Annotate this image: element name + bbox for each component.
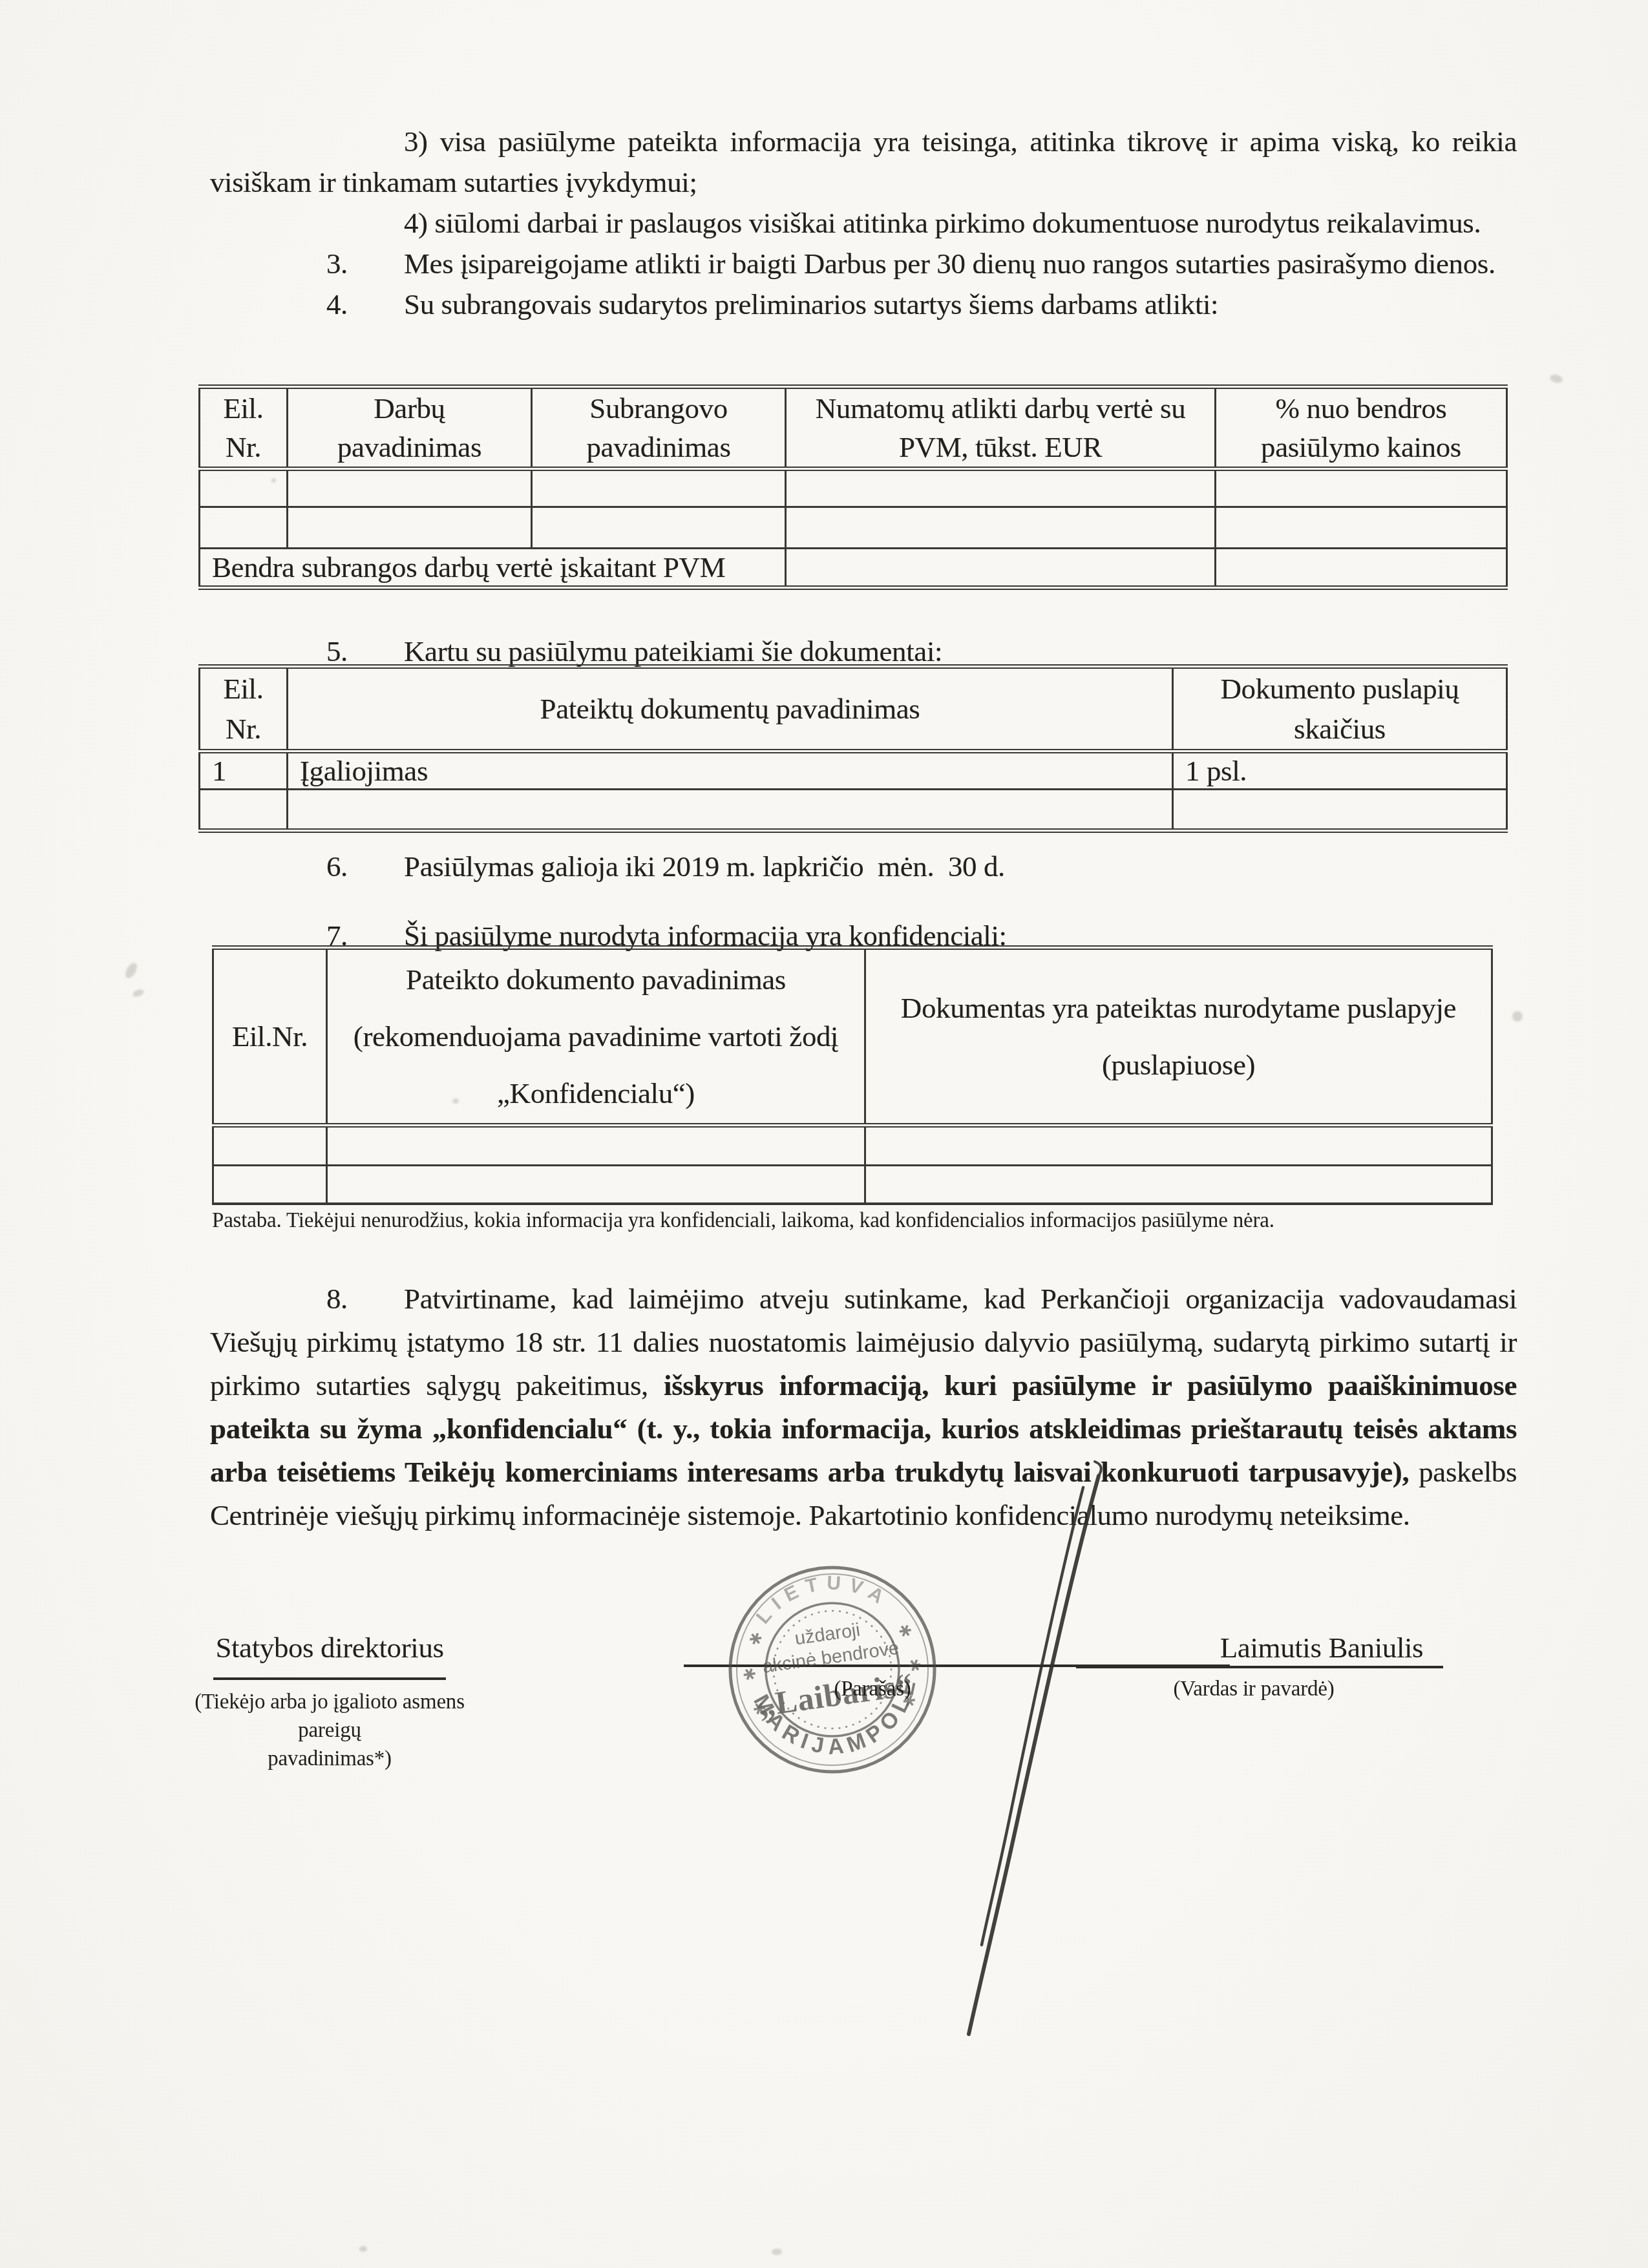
table-cell bbox=[786, 507, 1216, 549]
subcontractors-table: Eil. Nr. Darbų pavadinimas Subrangovo pa… bbox=[198, 384, 1508, 590]
clause-item-4-text: siūlomi darbai ir paslaugos visiškai ati… bbox=[435, 207, 1481, 239]
documents-header-row: Eil. Nr. Pateiktų dokumentų pavadinimas … bbox=[200, 667, 1507, 751]
column-header: Eil.Nr. bbox=[213, 948, 327, 1126]
subcontractors-total-value bbox=[786, 549, 1216, 588]
subcontractors-total-row: Bendra subrangos darbų vertė įskaitant P… bbox=[200, 549, 1507, 588]
clause-8-number: 8. bbox=[326, 1277, 404, 1321]
svg-text:LIETUVA: LIETUVA bbox=[748, 1563, 896, 1630]
table-cell bbox=[200, 469, 288, 507]
clauses-top-block: 3) visa pasiūlyme pateikta informacija y… bbox=[210, 121, 1517, 325]
table-cell bbox=[213, 1126, 327, 1166]
table-cell: Įgaliojimas bbox=[288, 751, 1173, 790]
clause-item-4-number: 4) bbox=[404, 207, 428, 239]
subcontractors-total-percent bbox=[1216, 549, 1507, 588]
signature-stroke bbox=[982, 1487, 1083, 1945]
scan-artifact bbox=[359, 2246, 367, 2252]
scan-artifact bbox=[1549, 373, 1563, 384]
table-cell bbox=[327, 1166, 865, 1204]
column-header: Eil. Nr. bbox=[200, 387, 288, 469]
clause-item-3: 3) visa pasiūlyme pateikta informacija y… bbox=[210, 121, 1517, 203]
table-cell bbox=[1173, 790, 1507, 831]
table-row bbox=[200, 790, 1507, 831]
scan-artifact bbox=[1512, 1011, 1523, 1022]
clause-4: 4.Su subrangovais sudarytos preliminario… bbox=[210, 284, 1517, 325]
table-cell bbox=[288, 790, 1173, 831]
clause-4-number: 4. bbox=[326, 284, 404, 325]
clause-8: 8.Patvirtiname, kad laimėjimo atveju sut… bbox=[210, 1277, 1517, 1537]
table-cell bbox=[327, 1126, 865, 1166]
table-cell bbox=[1216, 469, 1507, 507]
signer-position-title: Statybos direktorius bbox=[194, 1631, 465, 1664]
scan-artifact bbox=[123, 961, 139, 980]
table-cell bbox=[865, 1166, 1492, 1204]
subcontractors-total-label: Bendra subrangos darbų vertė įskaitant P… bbox=[200, 549, 786, 588]
signer-name: Laimutis Baniulis bbox=[1186, 1631, 1457, 1664]
documents-table: Eil. Nr. Pateiktų dokumentų pavadinimas … bbox=[198, 664, 1508, 833]
table-cell bbox=[213, 1166, 327, 1204]
column-header: Subrangovo pavadinimas bbox=[532, 387, 786, 469]
confidentiality-note: Pastaba. Tiekėjui nenurodžius, kokia inf… bbox=[212, 1208, 1498, 1234]
stamp-country-text: LIETUVA bbox=[748, 1563, 896, 1630]
confidential-header-row: Eil.Nr. Pateikto dokumento pavadinimas (… bbox=[213, 948, 1492, 1126]
clause-3: 3.Mes įsipareigojame atlikti ir baigti D… bbox=[210, 244, 1517, 284]
table-cell bbox=[200, 790, 288, 831]
signature-stroke bbox=[1095, 1462, 1101, 1476]
signature-line-left-label: (Tiekėjo arba jo įgalioto asmens pareigų… bbox=[174, 1688, 485, 1773]
table-cell: 1 bbox=[200, 751, 288, 790]
clause-6: 6.Pasiūlymas galioja iki 2019 m. lapkrič… bbox=[210, 846, 1517, 887]
clause-item-4: 4) siūlomi darbai ir paslaugos visiškai … bbox=[210, 203, 1517, 244]
table-cell bbox=[786, 469, 1216, 507]
scanned-document-page: 3) visa pasiūlyme pateikta informacija y… bbox=[0, 0, 1648, 2268]
column-header: % nuo bendros pasiūlymo kainos bbox=[1216, 387, 1507, 469]
table-row bbox=[213, 1126, 1492, 1166]
column-header: Pateiktų dokumentų pavadinimas bbox=[288, 667, 1173, 751]
clause-item-3-number: 3) bbox=[404, 125, 428, 158]
column-header: Pateikto dokumento pavadinimas (rekomend… bbox=[327, 948, 865, 1126]
clause-3-text: Mes įsipareigojame atlikti ir baigti Dar… bbox=[404, 247, 1495, 280]
table-row bbox=[200, 469, 1507, 507]
column-header: Dokumento puslapių skaičius bbox=[1173, 667, 1507, 751]
confidential-table: Eil.Nr. Pateikto dokumento pavadinimas (… bbox=[212, 945, 1493, 1205]
clause-4-text: Su subrangovais sudarytos preliminarios … bbox=[404, 288, 1218, 320]
column-header: Eil. Nr. bbox=[200, 667, 288, 751]
clause-5-text: Kartu su pasiūlymu pateikiami šie dokume… bbox=[404, 635, 942, 667]
clause-3-number: 3. bbox=[326, 244, 404, 284]
scan-artifact bbox=[132, 988, 145, 998]
table-cell bbox=[1216, 507, 1507, 549]
scan-artifact bbox=[772, 2249, 782, 2255]
table-cell bbox=[532, 507, 786, 549]
table-cell: 1 psl. bbox=[1173, 751, 1507, 790]
table-cell bbox=[865, 1126, 1492, 1166]
signature-stroke bbox=[969, 1476, 1099, 2034]
table-row bbox=[200, 507, 1507, 549]
scan-artifact bbox=[452, 1098, 459, 1104]
table-cell bbox=[288, 507, 532, 549]
table-cell bbox=[200, 507, 288, 549]
column-header: Dokumentas yra pateiktas nurodytame pusl… bbox=[865, 948, 1492, 1126]
subcontractors-header-row: Eil. Nr. Darbų pavadinimas Subrangovo pa… bbox=[200, 387, 1507, 469]
column-header: Darbų pavadinimas bbox=[288, 387, 532, 469]
clause-6-text: Pasiūlymas galioja iki 2019 m. lapkričio… bbox=[404, 850, 1005, 883]
column-header: Numatomų atlikti darbų vertė su PVM, tūk… bbox=[786, 387, 1216, 469]
table-row bbox=[213, 1166, 1492, 1204]
table-cell bbox=[288, 469, 532, 507]
table-row: 1 Įgaliojimas 1 psl. bbox=[200, 751, 1507, 790]
table-cell bbox=[532, 469, 786, 507]
clause-6-block: 6.Pasiūlymas galioja iki 2019 m. lapkrič… bbox=[210, 846, 1517, 887]
signature-line-left bbox=[213, 1677, 446, 1680]
scan-artifact bbox=[271, 478, 276, 483]
clause-8-block: 8.Patvirtiname, kad laimėjimo atveju sut… bbox=[210, 1277, 1517, 1537]
handwritten-signature bbox=[892, 1447, 1163, 2068]
clause-6-number: 6. bbox=[326, 846, 404, 887]
